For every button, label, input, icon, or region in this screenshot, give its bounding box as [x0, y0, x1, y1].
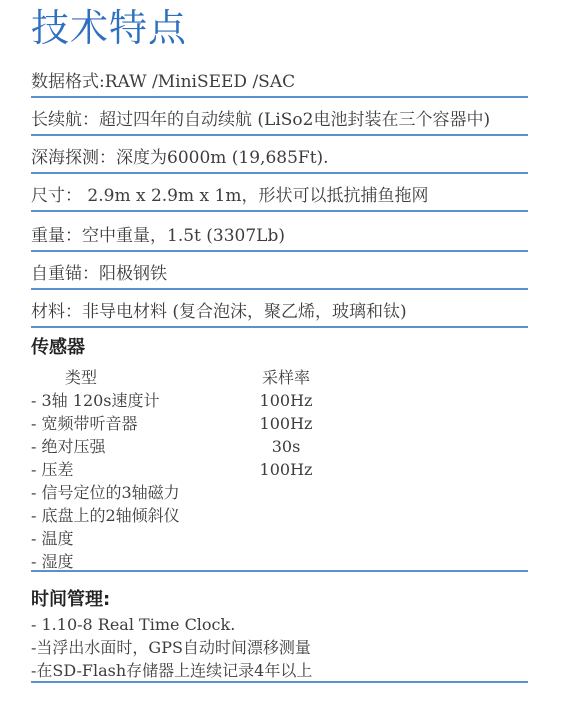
time-item: - 1.10-8 Real Time Clock.	[31, 613, 312, 636]
sensor-table: 类型 采样率 - 3轴 120s速度计 100Hz - 宽频带听音器 100Hz…	[31, 366, 528, 573]
spec-data-format: 数据格式:RAW /MiniSEED /SAC	[31, 70, 528, 98]
time-item: -当浮出水面时，GPS自动时间漂移测量	[31, 636, 312, 659]
sensor-type: - 压差	[31, 458, 74, 481]
page-title: 技术特点	[31, 2, 187, 54]
spec-dimensions: 尺寸： 2.9m x 2.9m x 1m，形状可以抵抗捕鱼拖网	[31, 184, 528, 212]
sensor-row: - 宽频带听音器 100Hz	[31, 412, 528, 435]
sensor-type: - 信号定位的3轴磁力	[31, 481, 180, 504]
sensor-rate: 100Hz	[253, 458, 319, 481]
sensor-row: - 信号定位的3轴磁力	[31, 481, 528, 504]
sensor-row: - 3轴 120s速度计 100Hz	[31, 389, 528, 412]
sensors-heading: 传感器	[31, 336, 85, 360]
sensor-row: - 压差 100Hz	[31, 458, 528, 481]
sensor-table-header: 类型 采样率	[31, 366, 528, 389]
spec-anchor: 自重锚：阳极钢铁	[31, 262, 528, 290]
sensor-type: - 底盘上的2轴倾斜仪	[31, 504, 180, 527]
time-management-list: - 1.10-8 Real Time Clock. -当浮出水面时，GPS自动时…	[31, 613, 312, 682]
section-divider	[31, 570, 528, 572]
sensor-row: - 底盘上的2轴倾斜仪	[31, 504, 528, 527]
column-header-type: 类型	[65, 366, 97, 389]
time-item: -在SD-Flash存储器上连续记录4年以上	[31, 659, 312, 682]
spec-weight: 重量：空中重量，1.5t (3307Lb)	[31, 224, 528, 252]
sensor-type: - 温度	[31, 527, 74, 550]
spec-materials: 材料：非导电材料 (复合泡沫，聚乙烯，玻璃和钛)	[31, 300, 528, 328]
sensor-row: - 温度	[31, 527, 528, 550]
sensor-row: - 绝对压强 30s	[31, 435, 528, 458]
section-divider	[31, 681, 528, 683]
sensor-type: - 3轴 120s速度计	[31, 389, 160, 412]
sensor-rate: 100Hz	[253, 389, 319, 412]
sensor-rate: 30s	[253, 435, 319, 458]
column-header-rate: 采样率	[253, 366, 319, 389]
spec-endurance: 长续航：超过四年的自动续航 (LiSo2电池封装在三个容器中)	[31, 108, 528, 136]
sensor-type: - 绝对压强	[31, 435, 106, 458]
time-management-heading: 时间管理:	[31, 588, 110, 612]
sensor-type: - 宽频带听音器	[31, 412, 138, 435]
sensor-rate: 100Hz	[253, 412, 319, 435]
spec-depth: 深海探测：深度为6000m (19,685Ft).	[31, 146, 528, 174]
